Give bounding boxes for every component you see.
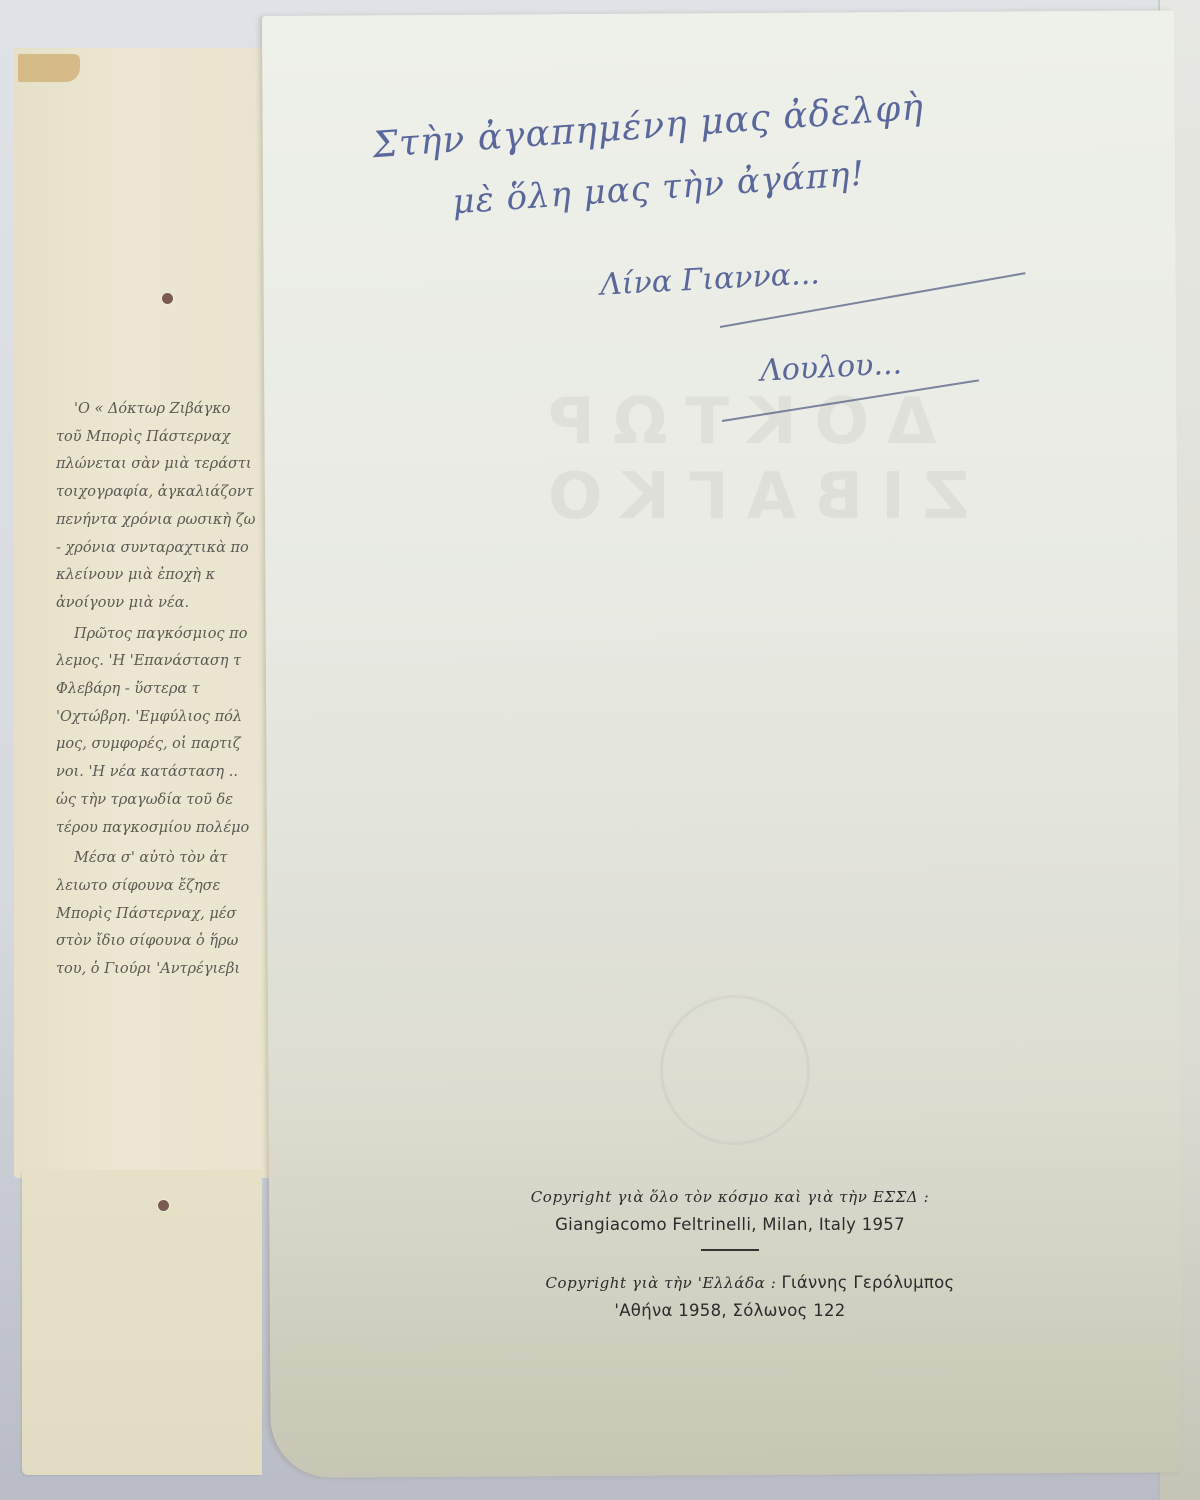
copyright-block: Copyright γιὰ ὅλο τὸν κόσμο καὶ γιὰ τὴν …: [450, 1183, 1010, 1325]
copyright-divider: [701, 1249, 759, 1251]
flap-line: λεμος. 'Η 'Επανάσταση τ: [56, 648, 264, 676]
show-through-title-2: ΖΙΒΑΓΚΟ: [530, 460, 969, 534]
copyright-greece-address: 'Αθήνα 1958, Σόλωνος 122: [450, 1297, 1010, 1325]
flap-blurb: 'Ο « Δόκτωρ Ζιβάγκο τοῦ Μπορὶς Πάστερναχ…: [56, 396, 264, 984]
flap-stain: [18, 54, 80, 82]
flap-line: Μπορὶς Πάστερναχ, μέσ: [56, 901, 264, 929]
flap-line: Φλεβάρη - ὕστερα τ: [56, 676, 264, 704]
flap-line: νοι. 'Η νέα κατάσταση ..: [56, 759, 264, 787]
flap-line: τοιχογραφία, ἀγκαλιάζοντ: [56, 479, 264, 507]
jacket-flap-bottom: [22, 1170, 262, 1475]
flap-line: - χρόνια συνταραχτικὰ πο: [56, 535, 264, 563]
flap-line: ἀνοίγουν μιὰ νέα.: [56, 590, 264, 618]
flap-hole-top: [162, 293, 173, 304]
flap-line: στὸν ἴδιο σίφουνα ὁ ἥρω: [56, 928, 264, 956]
flap-line: Πρῶτος παγκόσμιος πο: [56, 621, 264, 649]
copyright-greece-label: Copyright γιὰ τὴν 'Ελλάδα :: [545, 1274, 776, 1292]
copyright-greece-line: Copyright γιὰ τὴν 'Ελλάδα : Γιάννης Γερό…: [450, 1269, 1010, 1297]
copyright-world-label: Copyright γιὰ ὅλο τὸν κόσμο καὶ γιὰ τὴν …: [450, 1183, 1010, 1211]
flap-line: ὡς τὴν τραγωδία τοῦ δε: [56, 787, 264, 815]
copyright-greece-holder: Γιάννης Γερόλυμπος: [781, 1273, 954, 1292]
flap-line: 'Ο « Δόκτωρ Ζιβάγκο: [56, 396, 264, 424]
copyright-world-holder: Giangiacomo Feltrinelli, Milan, Italy 19…: [450, 1211, 1010, 1239]
flap-line: του, ὁ Γιούρι 'Αντρέγιεβι: [56, 956, 264, 984]
flap-line: πενήντα χρόνια ρωσικὴ ζω: [56, 507, 264, 535]
flap-line: κλείνουν μιὰ ἐποχὴ κ: [56, 562, 264, 590]
flap-line: Μέσα σ' αὐτὸ τὸν ἀτ: [56, 845, 264, 873]
flap-line: πλώνεται σὰν μιὰ τεράστι: [56, 451, 264, 479]
flap-hole-bottom: [158, 1200, 169, 1211]
flap-line: τέρου παγκοσμίου πολέμο: [56, 815, 264, 843]
flap-line: λειωτο σίφουνα ἔζησε: [56, 873, 264, 901]
show-through-stamp: [660, 995, 810, 1145]
flap-line: μος, συμφορές, οἱ παρτιζ: [56, 731, 264, 759]
flap-line: 'Οχτώβρη. 'Εμφύλιος πόλ: [56, 704, 264, 732]
signature-2: Λουλου...: [759, 346, 903, 388]
flap-line: τοῦ Μπορὶς Πάστερναχ: [56, 424, 264, 452]
